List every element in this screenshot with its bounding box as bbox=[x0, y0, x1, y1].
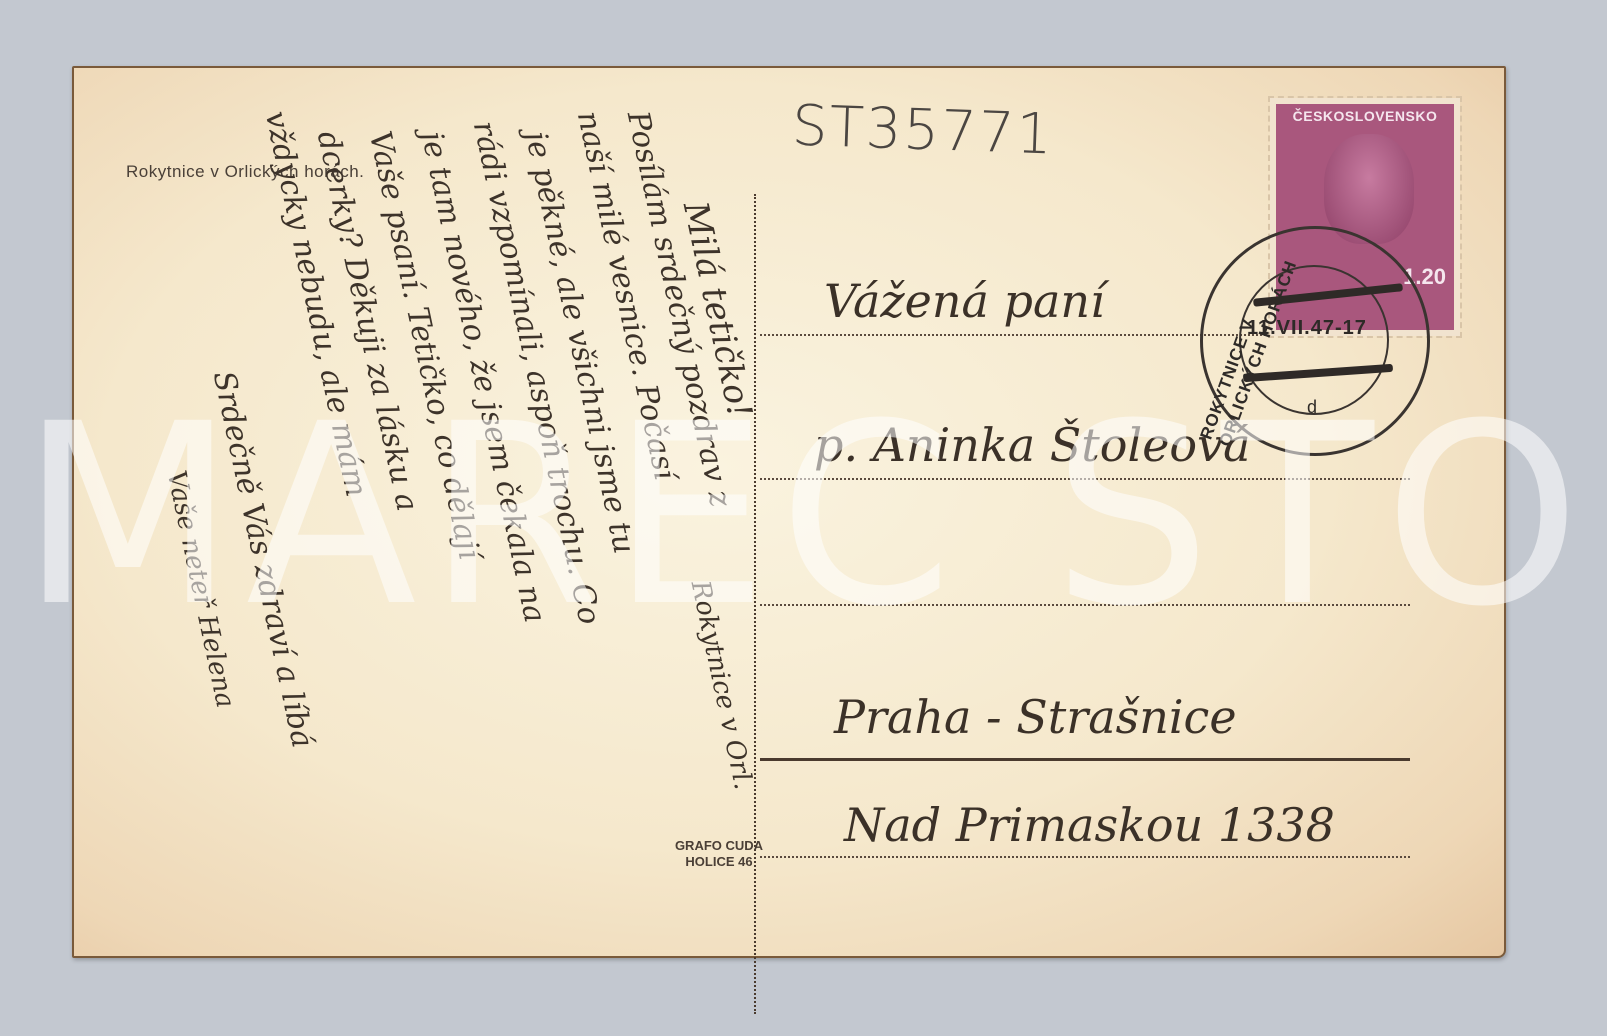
stamp-country: ČESKOSLOVENSKO bbox=[1276, 108, 1454, 124]
address-line-3: Praha - Strašnice bbox=[834, 690, 1237, 744]
maker-mark: GRAFO CUDA HOLICE 46 bbox=[674, 838, 764, 870]
address-line-1: Vážená paní bbox=[824, 274, 1105, 328]
address-line-4: Nad Primaskou 1338 bbox=[844, 798, 1335, 852]
address-line bbox=[760, 856, 1410, 858]
address-underline bbox=[760, 758, 1410, 761]
reference-note: ST35771 bbox=[791, 93, 1055, 167]
watermark: MAREC STORE bbox=[20, 370, 1607, 661]
